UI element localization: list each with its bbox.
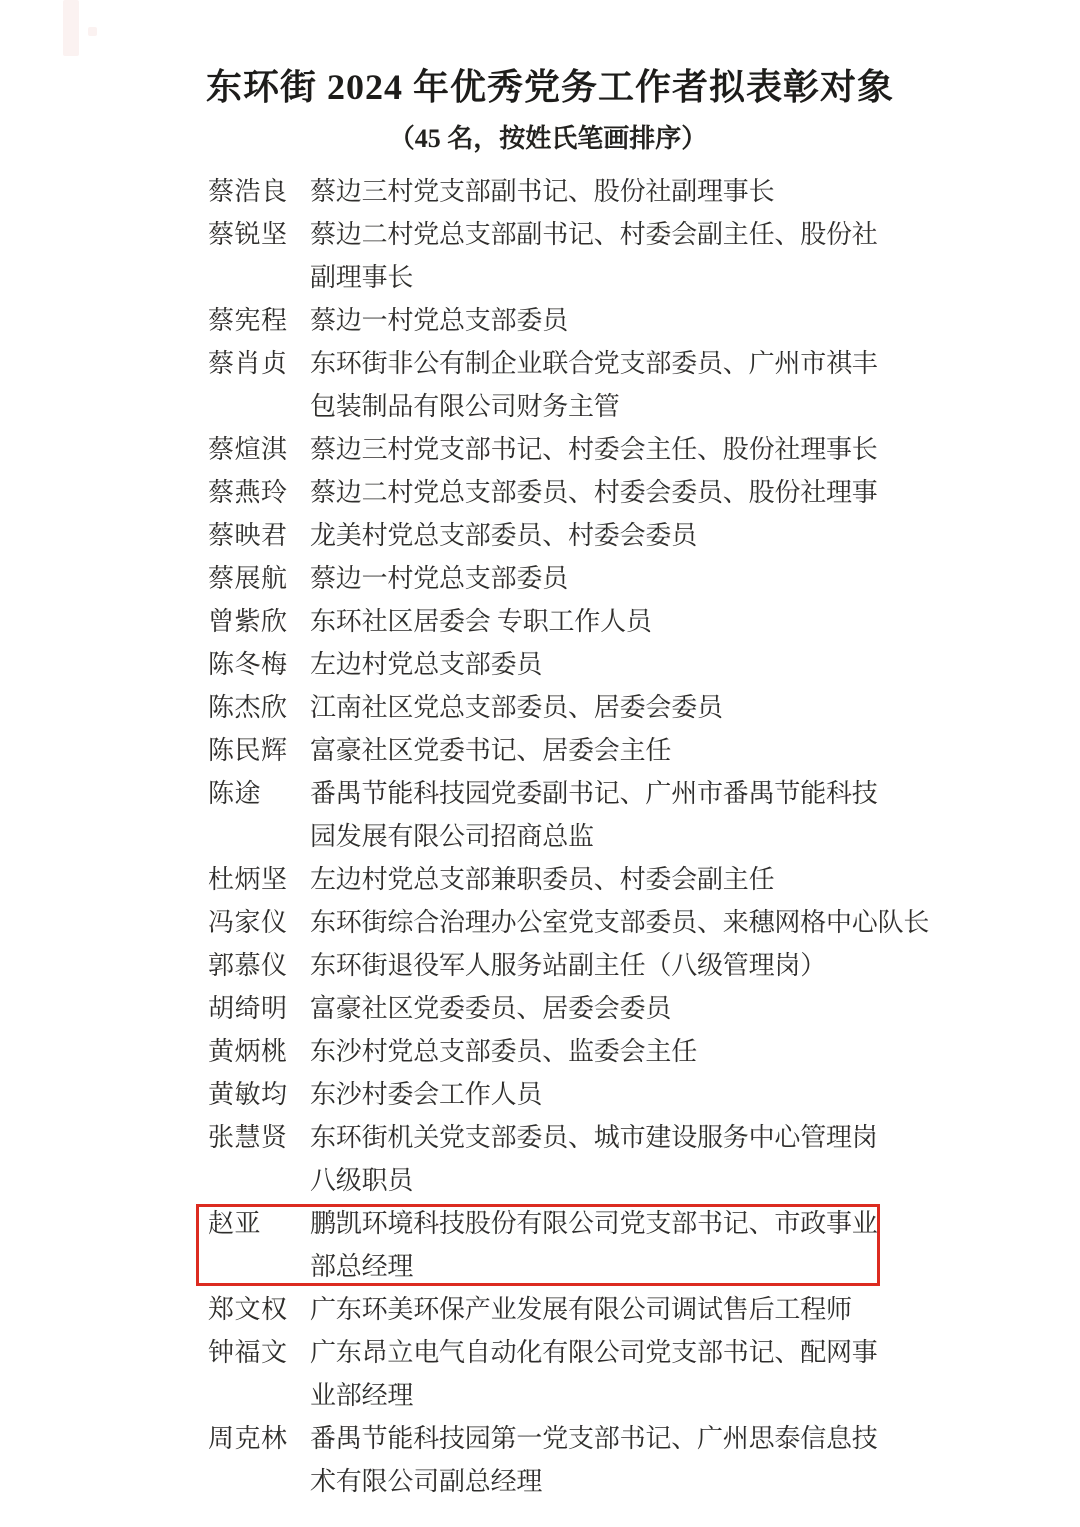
awardee-name: 陈民辉	[208, 729, 310, 772]
position-line: 蔡边三村党支部副书记、股份社副理事长	[310, 170, 774, 213]
awardee-name: 蔡肖贞	[208, 342, 310, 385]
awardee-position: 广东环美环保产业发展有限公司调试售后工程师	[310, 1288, 852, 1331]
list-entry: 蔡肖贞东环街非公有制企业联合党支部委员、广州市祺丰包装制品有限公司财务主管	[208, 342, 1080, 428]
awardee-position: 左边村党总支部委员	[310, 643, 542, 686]
position-line: 蔡边三村党支部书记、村委会主任、股份社理事长	[310, 428, 878, 471]
awardee-position: 东环街机关党支部委员、城市建设服务中心管理岗八级职员	[310, 1116, 878, 1202]
list-entry: 张慧贤东环街机关党支部委员、城市建设服务中心管理岗八级职员	[208, 1116, 1080, 1202]
awardee-position: 东环社区居委会 专职工作人员	[310, 600, 652, 643]
awardee-position: 蔡边三村党支部书记、村委会主任、股份社理事长	[310, 428, 878, 471]
position-line: 东沙村委会工作人员	[310, 1073, 542, 1116]
position-line: 富豪社区党委委员、居委会委员	[310, 987, 671, 1030]
list-entry: 曾紫欣东环社区居委会 专职工作人员	[208, 600, 1080, 643]
awardee-name: 赵亚	[208, 1202, 310, 1245]
document-header: 东环街 2024 年优秀党务工作者拟表彰对象 （45 名，按姓氏笔画排序）	[0, 0, 1080, 156]
list-entry: 胡绮明富豪社区党委委员、居委会委员	[208, 987, 1080, 1030]
list-entry: 冯家仪东环街综合治理办公室党支部委员、来穗网格中心队长	[208, 901, 1080, 944]
awardee-position: 蔡边二村党总支部副书记、村委会副主任、股份社副理事长	[310, 213, 878, 299]
position-line: 术有限公司副总经理	[310, 1460, 878, 1503]
awardee-position: 江南社区党总支部委员、居委会委员	[310, 686, 723, 729]
document-page: { "header": { "title": "东环街 2024 年优秀党务工作…	[0, 0, 1080, 1527]
awardee-position: 蔡边二村党总支部委员、村委会委员、股份社理事	[310, 471, 878, 514]
awardee-name: 杜炳坚	[208, 858, 310, 901]
position-line: 蔡边二村党总支部委员、村委会委员、股份社理事	[310, 471, 878, 514]
position-line: 蔡边一村党总支部委员	[310, 299, 568, 342]
awardee-name: 胡绮明	[208, 987, 310, 1030]
position-line: 东沙村党总支部委员、监委会主任	[310, 1030, 697, 1073]
awardee-name: 黄炳桃	[208, 1030, 310, 1073]
list-entry: 蔡宪程蔡边一村党总支部委员	[208, 299, 1080, 342]
position-line: 业部经理	[310, 1374, 878, 1417]
list-entry: 蔡浩良蔡边三村党支部副书记、股份社副理事长	[208, 170, 1080, 213]
position-line: 龙美村党总支部委员、村委会委员	[310, 514, 697, 557]
awardee-position: 蔡边一村党总支部委员	[310, 557, 568, 600]
awardee-position: 蔡边一村党总支部委员	[310, 299, 568, 342]
position-line: 番禺节能科技园第一党支部书记、广州思泰信息技	[310, 1417, 878, 1460]
awardee-name: 蔡煊淇	[208, 428, 310, 471]
position-line: 八级职员	[310, 1159, 878, 1202]
awardee-position: 左边村党总支部兼职委员、村委会副主任	[310, 858, 774, 901]
awardee-position: 富豪社区党委书记、居委会主任	[310, 729, 671, 772]
position-line: 蔡边一村党总支部委员	[310, 557, 568, 600]
list-entry: 黄炳桃东沙村党总支部委员、监委会主任	[208, 1030, 1080, 1073]
position-line: 副理事长	[310, 256, 878, 299]
awardee-name: 蔡映君	[208, 514, 310, 557]
awardee-position: 番禺节能科技园党委副书记、广州市番禺节能科技园发展有限公司招商总监	[310, 772, 878, 858]
position-line: 左边村党总支部兼职委员、村委会副主任	[310, 858, 774, 901]
position-line: 鹏凯环境科技股份有限公司党支部书记、市政事业	[310, 1202, 878, 1245]
list-entry: 陈民辉富豪社区党委书记、居委会主任	[208, 729, 1080, 772]
list-entry: 杜炳坚左边村党总支部兼职委员、村委会副主任	[208, 858, 1080, 901]
list-entry: 陈杰欣江南社区党总支部委员、居委会委员	[208, 686, 1080, 729]
awardee-position: 东环街综合治理办公室党支部委员、来穗网格中心队长	[310, 901, 929, 944]
position-line: 蔡边二村党总支部副书记、村委会副主任、股份社	[310, 213, 878, 256]
awardee-position: 鹏凯环境科技股份有限公司党支部书记、市政事业部总经理	[310, 1202, 878, 1288]
position-line: 东环街非公有制企业联合党支部委员、广州市祺丰	[310, 342, 878, 385]
list-entry: 蔡映君龙美村党总支部委员、村委会委员	[208, 514, 1080, 557]
awardee-list: 蔡浩良蔡边三村党支部副书记、股份社副理事长蔡锐坚蔡边二村党总支部副书记、村委会副…	[208, 170, 1080, 1503]
scan-artifact	[63, 0, 79, 56]
position-line: 东环街机关党支部委员、城市建设服务中心管理岗	[310, 1116, 878, 1159]
awardee-name: 冯家仪	[208, 901, 310, 944]
awardee-position: 蔡边三村党支部副书记、股份社副理事长	[310, 170, 774, 213]
position-line: 东环街综合治理办公室党支部委员、来穗网格中心队长	[310, 901, 929, 944]
awardee-position: 富豪社区党委委员、居委会委员	[310, 987, 671, 1030]
position-line: 富豪社区党委书记、居委会主任	[310, 729, 671, 772]
position-line: 江南社区党总支部委员、居委会委员	[310, 686, 723, 729]
list-entry: 陈途番禺节能科技园党委副书记、广州市番禺节能科技园发展有限公司招商总监	[208, 772, 1080, 858]
awardee-name: 蔡展航	[208, 557, 310, 600]
list-entry: 钟福文广东昂立电气自动化有限公司党支部书记、配网事业部经理	[208, 1331, 1080, 1417]
awardee-name: 蔡浩良	[208, 170, 310, 213]
list-entry: 郑文权广东环美环保产业发展有限公司调试售后工程师	[208, 1288, 1080, 1331]
position-line: 园发展有限公司招商总监	[310, 815, 878, 858]
awardee-name: 周克林	[208, 1417, 310, 1460]
position-line: 左边村党总支部委员	[310, 643, 542, 686]
list-entry: 蔡展航蔡边一村党总支部委员	[208, 557, 1080, 600]
awardee-position: 东环街非公有制企业联合党支部委员、广州市祺丰包装制品有限公司财务主管	[310, 342, 878, 428]
page-title: 东环街 2024 年优秀党务工作者拟表彰对象	[0, 62, 1080, 112]
position-line: 包装制品有限公司财务主管	[310, 385, 878, 428]
position-line: 番禺节能科技园党委副书记、广州市番禺节能科技	[310, 772, 878, 815]
list-entry: 陈冬梅左边村党总支部委员	[208, 643, 1080, 686]
position-line: 广东环美环保产业发展有限公司调试售后工程师	[310, 1288, 852, 1331]
position-line: 东环社区居委会 专职工作人员	[310, 600, 652, 643]
awardee-name: 蔡宪程	[208, 299, 310, 342]
awardee-position: 东环街退役军人服务站副主任（八级管理岗）	[310, 944, 826, 987]
awardee-name: 郭慕仪	[208, 944, 310, 987]
awardee-name: 陈冬梅	[208, 643, 310, 686]
list-entry: 赵亚鹏凯环境科技股份有限公司党支部书记、市政事业部总经理	[208, 1202, 1080, 1288]
awardee-name: 曾紫欣	[208, 600, 310, 643]
list-entry: 蔡燕玲蔡边二村党总支部委员、村委会委员、股份社理事	[208, 471, 1080, 514]
awardee-name: 蔡锐坚	[208, 213, 310, 256]
page-subtitle: （45 名，按姓氏笔画排序）	[0, 122, 1080, 156]
scan-artifact	[88, 27, 97, 36]
list-entry: 周克林番禺节能科技园第一党支部书记、广州思泰信息技术有限公司副总经理	[208, 1417, 1080, 1503]
awardee-name: 蔡燕玲	[208, 471, 310, 514]
position-line: 广东昂立电气自动化有限公司党支部书记、配网事	[310, 1331, 878, 1374]
list-entry: 郭慕仪东环街退役军人服务站副主任（八级管理岗）	[208, 944, 1080, 987]
awardee-name: 陈杰欣	[208, 686, 310, 729]
list-entry: 黄敏均东沙村委会工作人员	[208, 1073, 1080, 1116]
awardee-position: 番禺节能科技园第一党支部书记、广州思泰信息技术有限公司副总经理	[310, 1417, 878, 1503]
awardee-name: 陈途	[208, 772, 310, 815]
awardee-name: 郑文权	[208, 1288, 310, 1331]
awardee-name: 黄敏均	[208, 1073, 310, 1116]
awardee-position: 龙美村党总支部委员、村委会委员	[310, 514, 697, 557]
list-entry: 蔡煊淇蔡边三村党支部书记、村委会主任、股份社理事长	[208, 428, 1080, 471]
list-entry: 蔡锐坚蔡边二村党总支部副书记、村委会副主任、股份社副理事长	[208, 213, 1080, 299]
awardee-name: 张慧贤	[208, 1116, 310, 1159]
awardee-position: 东沙村党总支部委员、监委会主任	[310, 1030, 697, 1073]
position-line: 部总经理	[310, 1245, 878, 1288]
position-line: 东环街退役军人服务站副主任（八级管理岗）	[310, 944, 826, 987]
awardee-position: 广东昂立电气自动化有限公司党支部书记、配网事业部经理	[310, 1331, 878, 1417]
awardee-name: 钟福文	[208, 1331, 310, 1374]
awardee-position: 东沙村委会工作人员	[310, 1073, 542, 1116]
